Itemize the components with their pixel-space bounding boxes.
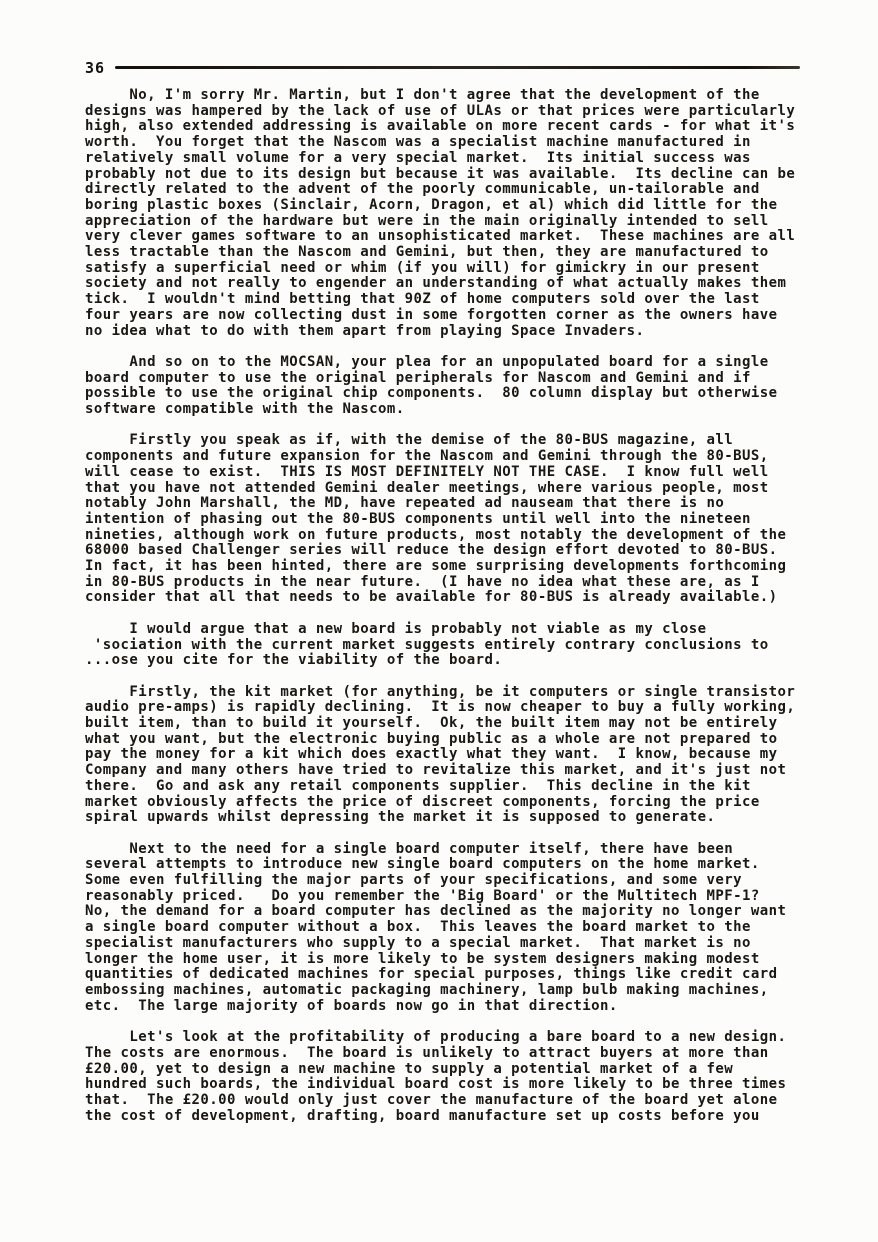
paragraph-7: Let's look at the profitability of produ… [85, 1030, 809, 1124]
scanned-document-page: 36 No, I'm sorry Mr. Martin, but I don't… [0, 0, 878, 1242]
header-rule [115, 66, 800, 69]
paragraph-3: Firstly you speak as if, with the demise… [85, 433, 809, 606]
page-body-text: No, I'm sorry Mr. Martin, but I don't ag… [85, 88, 809, 1124]
paragraph-5: Firstly, the kit market (for anything, b… [85, 685, 809, 826]
paragraph-2: And so on to the MOCSAN, your plea for a… [85, 355, 809, 418]
paragraph-1: No, I'm sorry Mr. Martin, but I don't ag… [85, 88, 809, 339]
page-header: 36 [85, 59, 800, 77]
paragraph-4: I would argue that a new board is probab… [85, 622, 809, 669]
paragraph-6: Next to the need for a single board comp… [85, 842, 809, 1015]
page-number: 36 [85, 59, 105, 77]
